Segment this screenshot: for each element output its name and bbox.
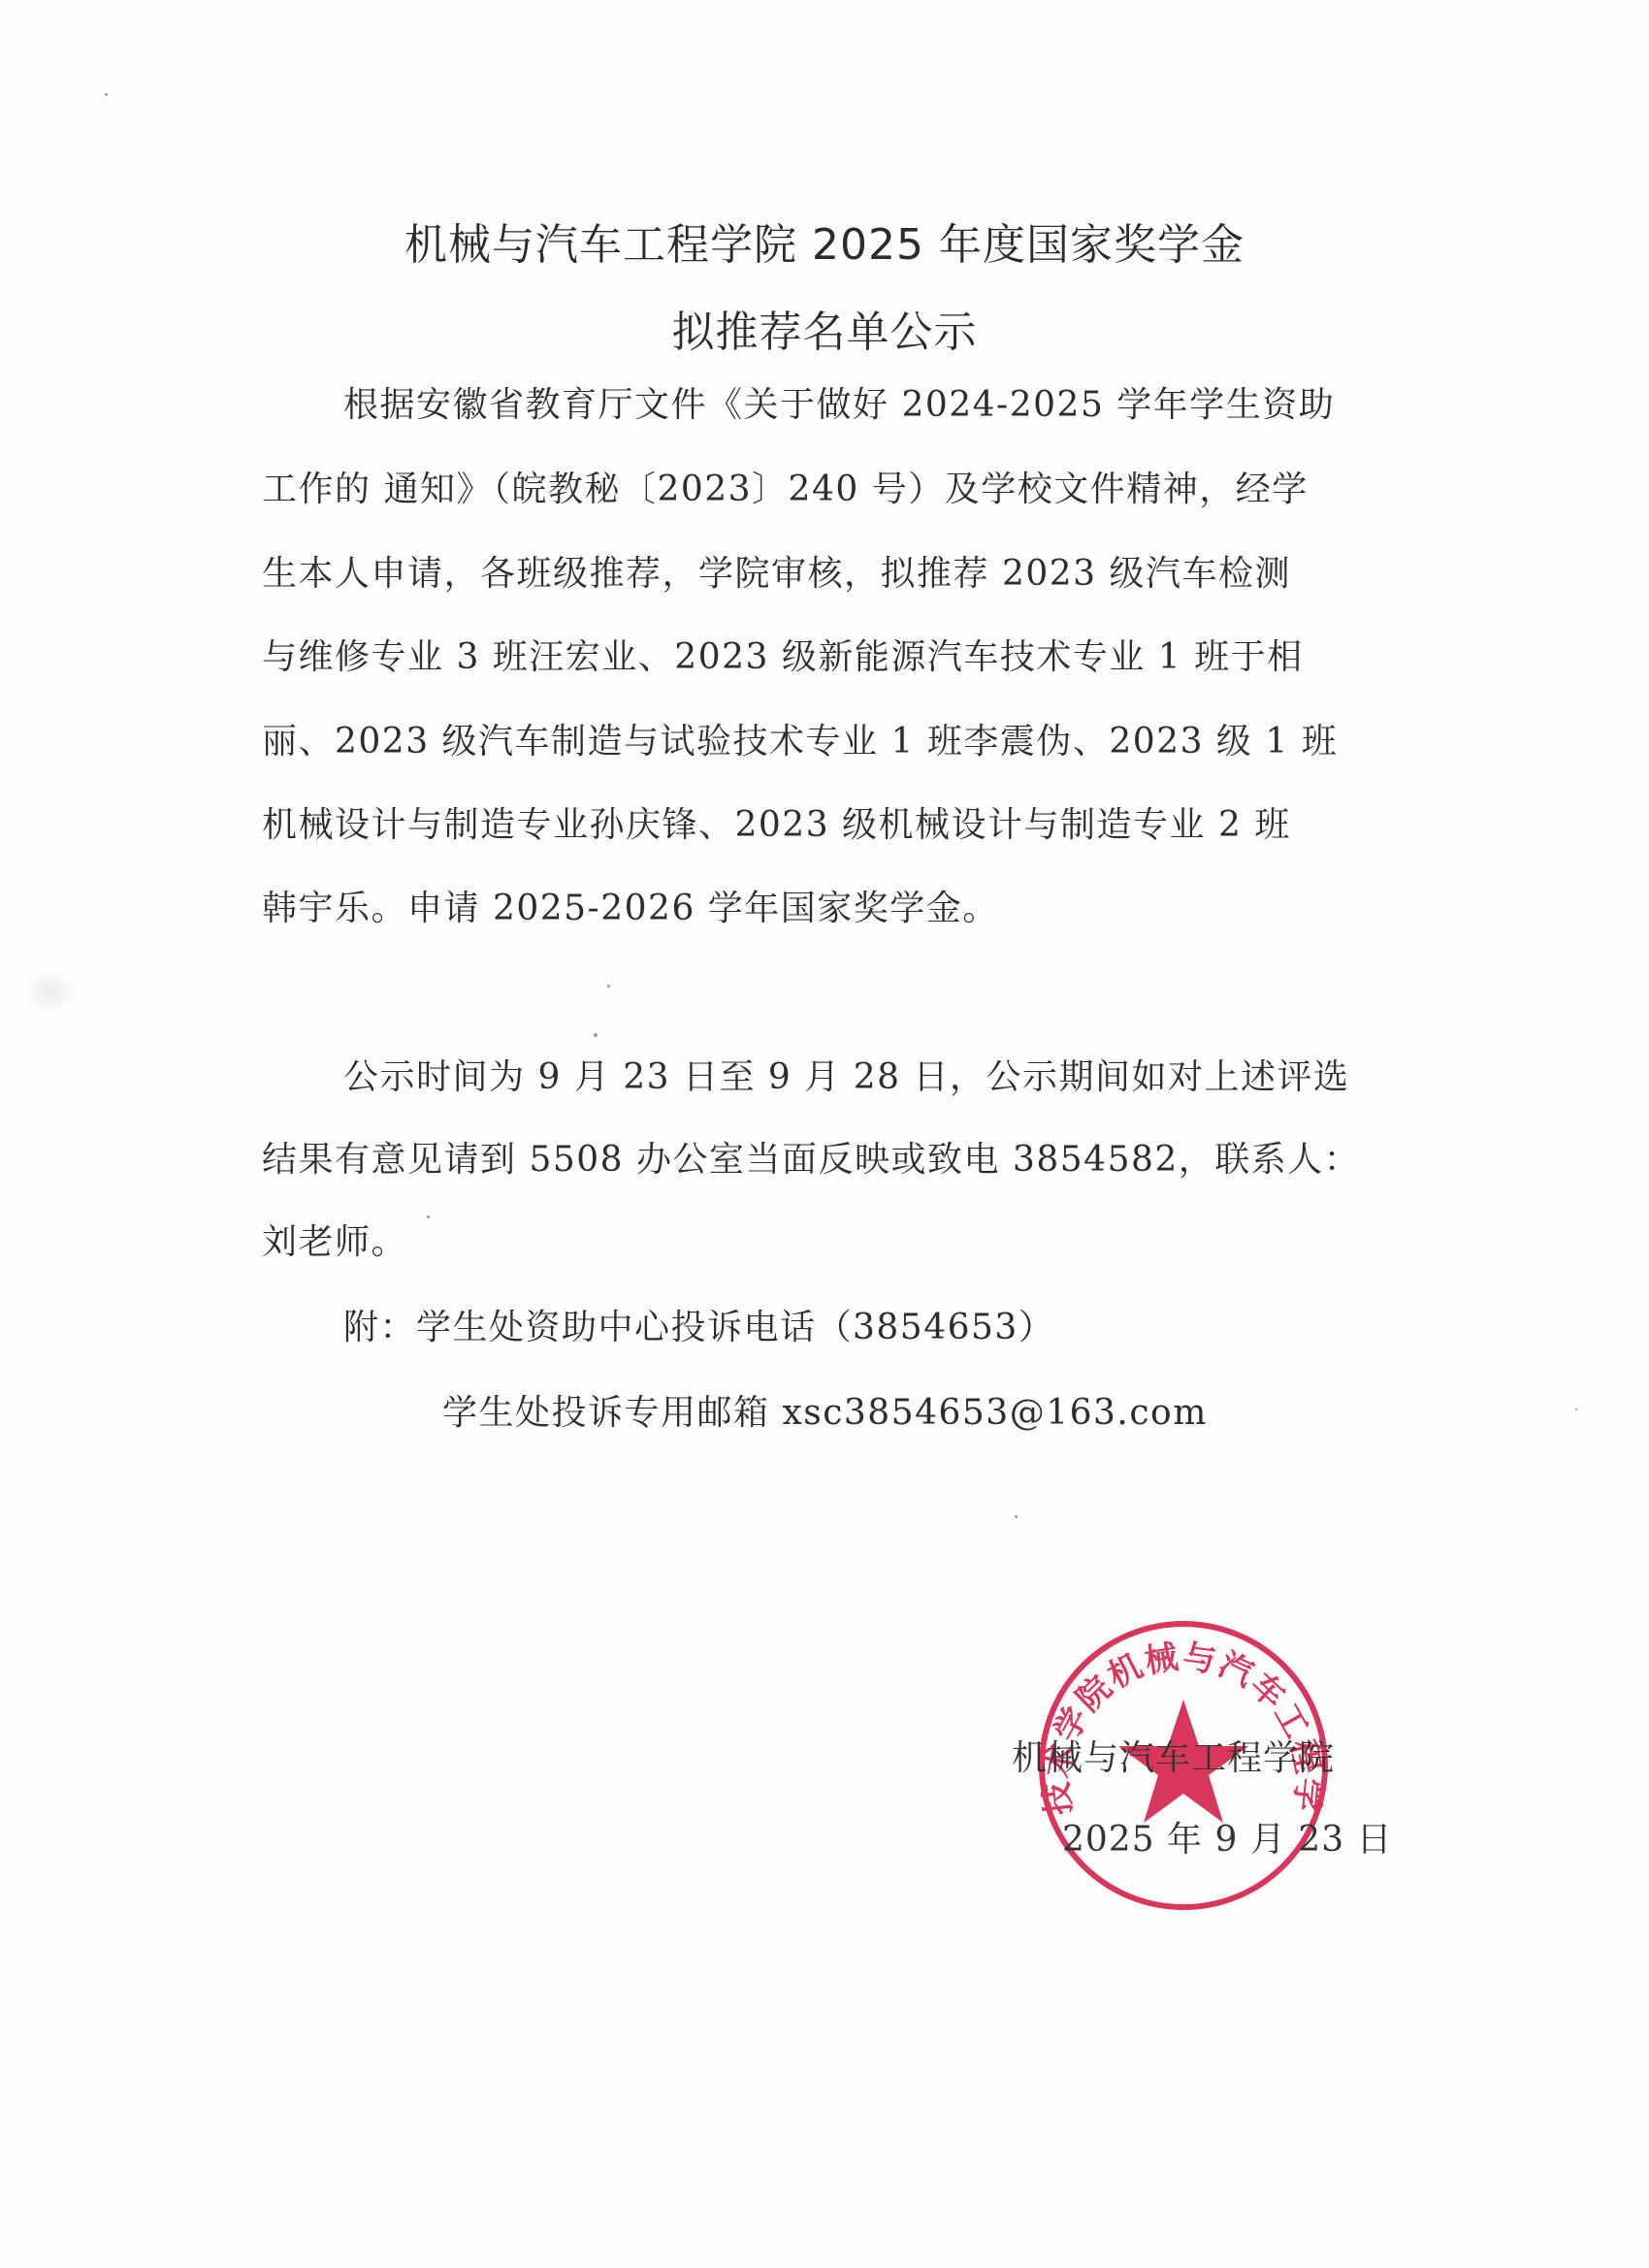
paragraph-line: 韩宇乐。申请 2025-2026 学年国家奖学金。 xyxy=(262,888,999,930)
paragraph-line: 机械设计与制造专业孙庆锋、2023 级机械设计与制造专业 2 班 xyxy=(262,804,1291,847)
paragraph-line: 丽、2023 级汽车制造与试验技术专业 1 班李震伪、2023 级 1 班 xyxy=(262,721,1338,763)
scan-speck xyxy=(607,985,610,988)
signature-date: 2025 年 9 月 23 日 xyxy=(1062,1812,1393,1862)
scan-speck xyxy=(1015,1515,1018,1518)
document-page: 机械与汽车工程学院 2025 年度国家奖学金 拟推荐名单公示 根据安徽省教育厅文… xyxy=(0,0,1649,2268)
paragraph-line: 与维修专业 3 班汪宏业、2023 级新能源汽车技术专业 1 班于相 xyxy=(262,636,1304,679)
paragraph-line: 工作的 通知》（皖教秘〔2023〕240 号）及学校文件精神，经学 xyxy=(262,469,1309,511)
paragraph-line: 刘老师。 xyxy=(262,1221,407,1264)
complaint-email-line: 学生处投诉专用邮箱 xsc3854653@163.com xyxy=(442,1392,1208,1435)
paragraph-line: 结果有意见请到 5508 办公室当面反映或致电 3854582，联系人： xyxy=(262,1139,1360,1182)
paragraph-line: 根据安徽省教育厅文件《关于做好 2024-2025 学年学生资助 xyxy=(343,384,1335,427)
scan-speck xyxy=(1575,1409,1577,1410)
scan-speck xyxy=(427,1215,430,1218)
page-subtitle: 拟推荐名单公示 xyxy=(0,297,1649,359)
signature-organization: 机械与汽车工程学院 xyxy=(1012,1731,1335,1780)
scan-speck xyxy=(105,93,108,96)
paragraph-line: 公示时间为 9 月 23 日至 9 月 28 日，公示期间如对上述评选 xyxy=(343,1056,1349,1099)
scan-speck xyxy=(594,1033,598,1037)
paragraph-line: 生本人申请，各班级推荐，学院审核，拟推荐 2023 级汽车检测 xyxy=(262,553,1291,596)
page-title: 机械与汽车工程学院 2025 年度国家奖学金 xyxy=(0,210,1649,272)
complaint-phone-line: 附：学生处资助中心投诉电话（3854653） xyxy=(343,1307,1054,1349)
scan-smudge xyxy=(21,970,80,1014)
